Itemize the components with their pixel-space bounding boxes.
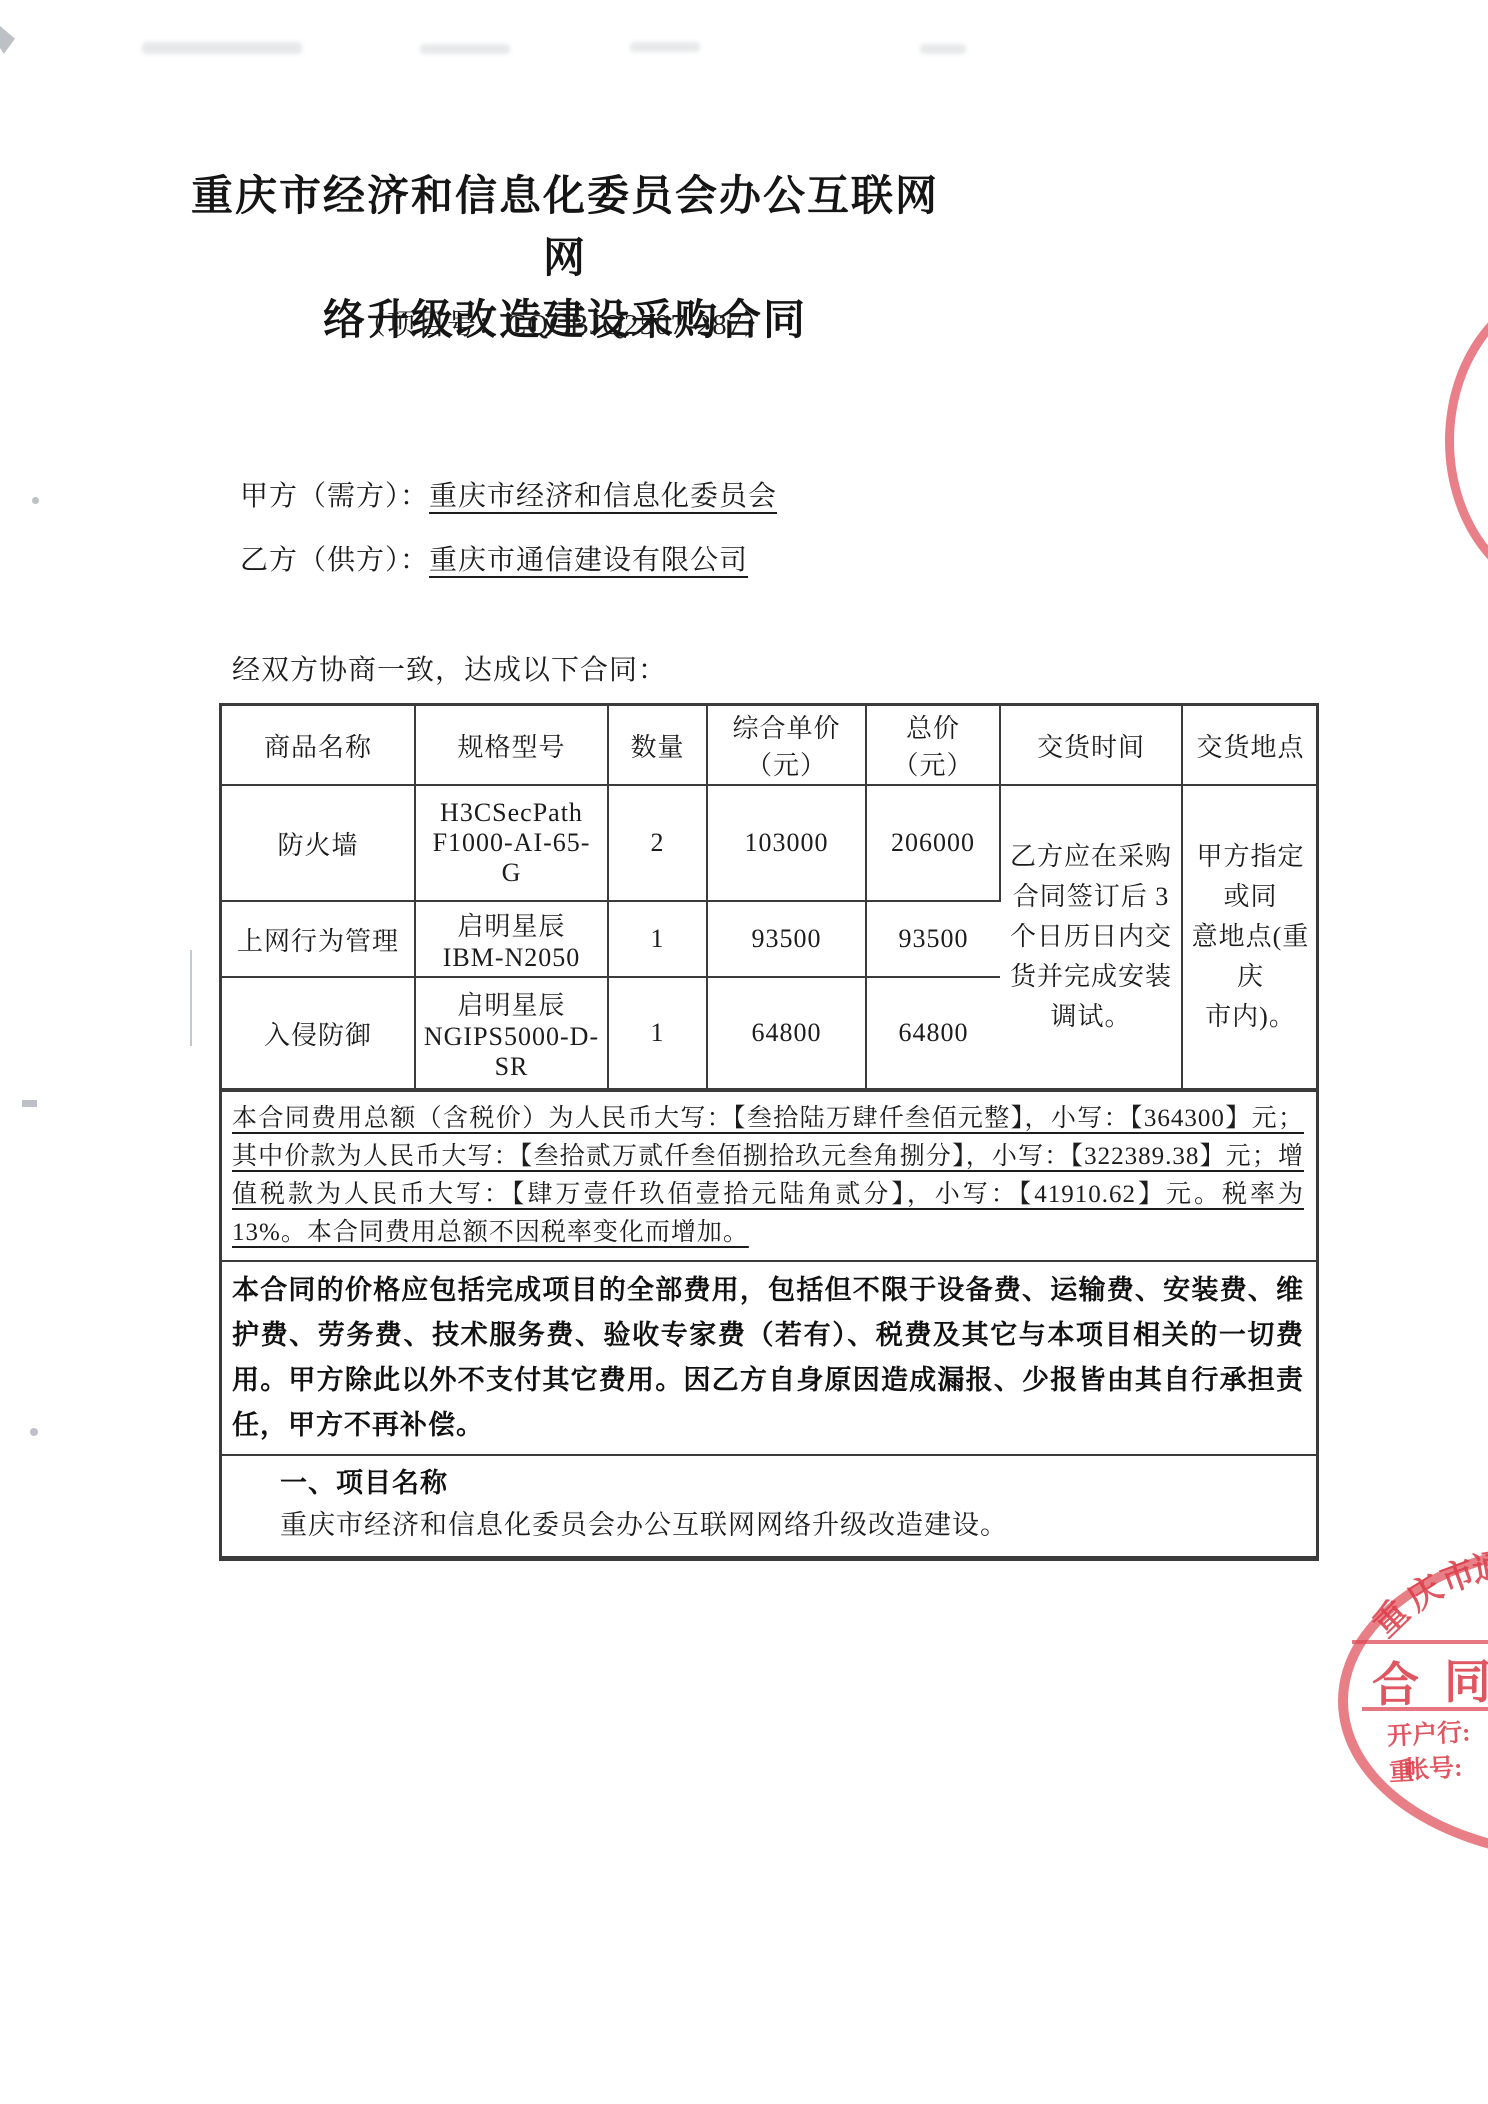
seal-divider-line	[1352, 1640, 1488, 1644]
header-quantity: 数量	[608, 706, 707, 785]
price-includes-clause: 本合同的价格应包括完成项目的全部费用，包括但不限于设备费、运输费、安装费、维护费…	[222, 1260, 1316, 1454]
scan-smudge	[420, 44, 510, 54]
contract-title-line1: 重庆市经济和信息化委员会办公互联网网	[180, 166, 950, 290]
party-a-label: 甲方（需方）：	[240, 481, 429, 512]
cell-unit-price: 103000	[707, 785, 866, 901]
header-product-name: 商品名称	[222, 706, 415, 785]
cell-unit-price: 64800	[707, 977, 866, 1089]
agreement-intro: 经双方协商一致，达成以下合同：	[232, 648, 667, 688]
cell-unit-price: 93500	[707, 901, 866, 977]
cell-spec-model: H3CSecPath F1000-AI-65- G	[415, 785, 608, 901]
cell-total-price: 93500	[866, 901, 1000, 977]
header-unit-price: 综合单价 （元）	[707, 706, 866, 785]
total-amount-clause: 本合同费用总额（含税价）为人民币大写：【叁拾陆万肆仟叁佰元整】，小写：【3643…	[222, 1090, 1316, 1260]
party-b-name: 重庆市通信建设有限公司	[429, 545, 748, 576]
header-delivery-time: 交货时间	[1000, 706, 1182, 785]
party-b-label: 乙方（供方）：	[240, 545, 429, 576]
contract-main-box: 商品名称 规格型号 数量 综合单价 （元） 总价（元） 交货时间 交货地点 防火…	[219, 703, 1319, 1561]
scan-smudge	[142, 42, 302, 54]
cell-product-name: 防火墙	[222, 785, 415, 901]
scan-smudge	[920, 44, 966, 54]
party-b-line: 乙方（供方）：重庆市通信建设有限公司	[240, 538, 748, 578]
cell-quantity: 2	[608, 785, 707, 901]
section1-heading: 一、项目名称	[280, 1462, 1304, 1504]
scan-speck	[22, 1100, 37, 1107]
cell-total-price: 206000	[866, 785, 1000, 901]
cell-delivery-time: 乙方应在采购 合同签订后 3 个日历日内交 货并完成安装 调试。	[1000, 785, 1182, 1089]
table-row: 防火墙 H3CSecPath F1000-AI-65- G 2 103000 2…	[222, 785, 1318, 901]
project-number: （项目号：CQCBJQ2507-287）	[180, 302, 950, 343]
scan-vertical-line	[190, 950, 192, 1046]
scan-speck	[0, 26, 15, 54]
header-total-price: 总价（元）	[866, 706, 1000, 785]
party-a-line: 甲方（需方）：重庆市经济和信息化委员会	[240, 474, 777, 514]
cell-spec-model: 启明星辰 NGIPS5000-D- SR	[415, 977, 608, 1089]
products-table: 商品名称 规格型号 数量 综合单价 （元） 总价（元） 交货时间 交货地点 防火…	[222, 706, 1318, 1090]
cell-product-name: 上网行为管理	[222, 901, 415, 977]
seal-word-tong: 同	[1444, 1645, 1488, 1712]
section-project-name: 一、项目名称 重庆市经济和信息化委员会办公互联网网络升级改造建设。	[222, 1454, 1316, 1556]
header-spec-model: 规格型号	[415, 706, 608, 785]
scan-speck	[30, 1428, 38, 1436]
seal-divider-line	[1362, 1707, 1488, 1711]
cell-quantity: 1	[608, 977, 707, 1089]
section1-body: 重庆市经济和信息化委员会办公互联网网络升级改造建设。	[280, 1504, 1304, 1546]
cell-spec-model: 启明星辰 IBM-N2050	[415, 901, 608, 977]
table-header-row: 商品名称 规格型号 数量 综合单价 （元） 总价（元） 交货时间 交货地点	[222, 706, 1318, 785]
party-a-name: 重庆市经济和信息化委员会	[429, 481, 777, 512]
header-delivery-place: 交货地点	[1182, 706, 1318, 785]
seal-word-he: 合	[1372, 1648, 1419, 1715]
total-amount-text: 本合同费用总额（含税价）为人民币大写：【叁拾陆万肆仟叁佰元整】，小写：【3643…	[232, 1105, 1304, 1246]
cell-quantity: 1	[608, 901, 707, 977]
partial-round-stamp	[1445, 282, 1488, 600]
scan-speck	[32, 497, 39, 504]
cell-total-price: 64800	[866, 977, 1000, 1089]
cell-product-name: 入侵防御	[222, 977, 415, 1089]
seal-account-line: 帐号:	[1403, 1747, 1463, 1786]
scan-smudge	[630, 42, 700, 52]
cell-delivery-place: 甲方指定或同 意地点(重庆 市内)。	[1182, 785, 1318, 1089]
contract-scan-page: 重庆市经济和信息化委员会办公互联网网 络升级改造建设采购合同 （项目号：CQCB…	[0, 0, 1488, 2104]
